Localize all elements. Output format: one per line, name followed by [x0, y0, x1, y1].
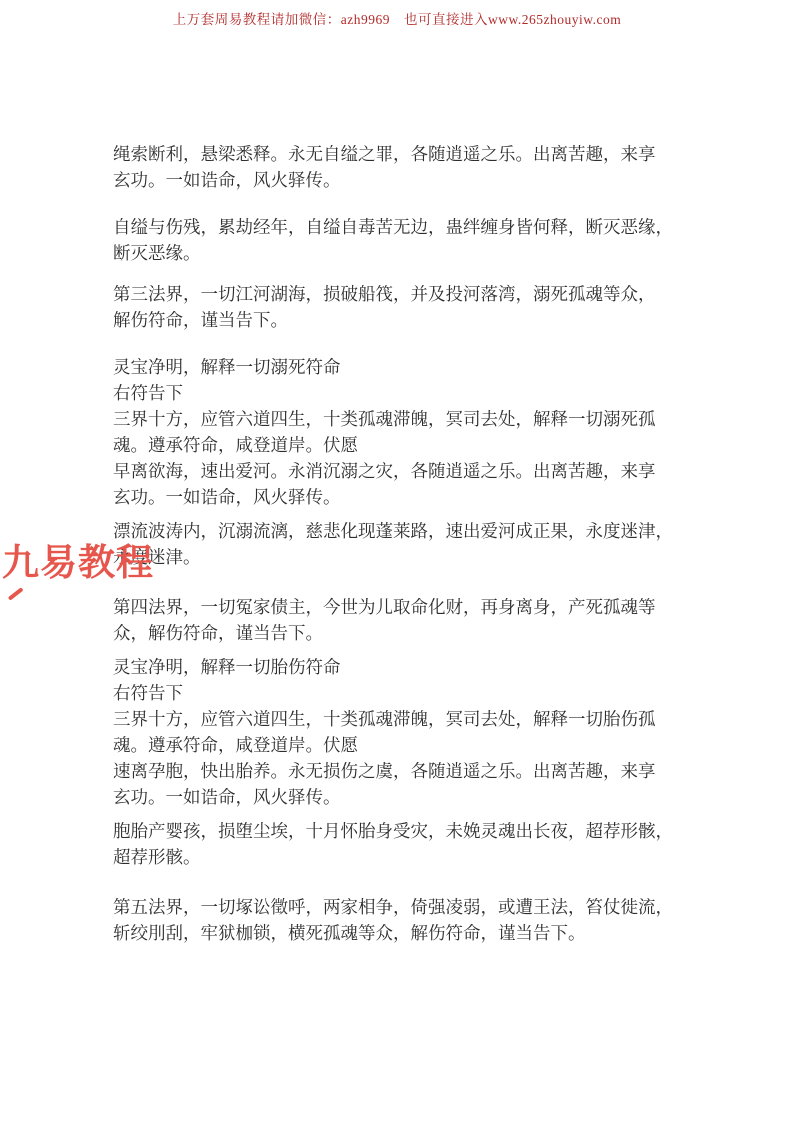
- paragraph: 第四法界，一切冤家债主，今世为儿取命化财，再身离身，产死孤魂等 众，解伤符命，谨…: [113, 594, 717, 646]
- paragraph: 灵宝净明，解释一切胎伤符命 右符告下 三界十方，应管六道四生，十类孤魂滞魄，冥司…: [113, 654, 717, 810]
- paragraph: 第三法界，一切江河湖海，损破船筏，并及投河落湾，溺死孤魂等众， 解伤符命，谨当告…: [113, 281, 717, 333]
- watermark-text: 九易教程: [2, 544, 154, 581]
- paragraph: 自缢与伤残，累劫经年，自缢自毒苦无边，蛊绊缠身皆何释，断灭恶缘， 断灭恶缘。: [113, 214, 717, 266]
- watermark-stroke-mark: [8, 587, 24, 600]
- paragraph: 胞胎产婴孩，损堕尘埃，十月怀胎身受灾，未娩灵魂出长夜，超荐形骸， 超荐形骸。: [113, 818, 717, 870]
- paragraph: 灵宝净明，解释一切溺死符命 右符告下 三界十方，应管六道四生，十类孤魂滞魄，冥司…: [113, 354, 717, 510]
- header-ad-text: 上万套周易教程请加微信：azh9969 也可直接进入www.265zhouyiw…: [0, 8, 794, 28]
- paragraph: 漂流波涛内，沉溺流漓，慈悲化现蓬莱路，速出爱河成正果，永度迷津， 永度迷津。: [113, 518, 717, 570]
- document-body: 绳索断利，悬梁悉释。永无自缢之罪，各随逍遥之乐。出离苦趣，来享 玄功。一如诰命，…: [113, 141, 717, 946]
- paragraph: 绳索断利，悬梁悉释。永无自缢之罪，各随逍遥之乐。出离苦趣，来享 玄功。一如诰命，…: [113, 141, 717, 193]
- document-page: 上万套周易教程请加微信：azh9969 也可直接进入www.265zhouyiw…: [0, 0, 794, 1123]
- paragraph: 第五法界，一切塚讼徵呼，两家相争，倚强凌弱，或遭王法，笞仗徙流， 斩绞刖刮，牢狱…: [113, 894, 717, 946]
